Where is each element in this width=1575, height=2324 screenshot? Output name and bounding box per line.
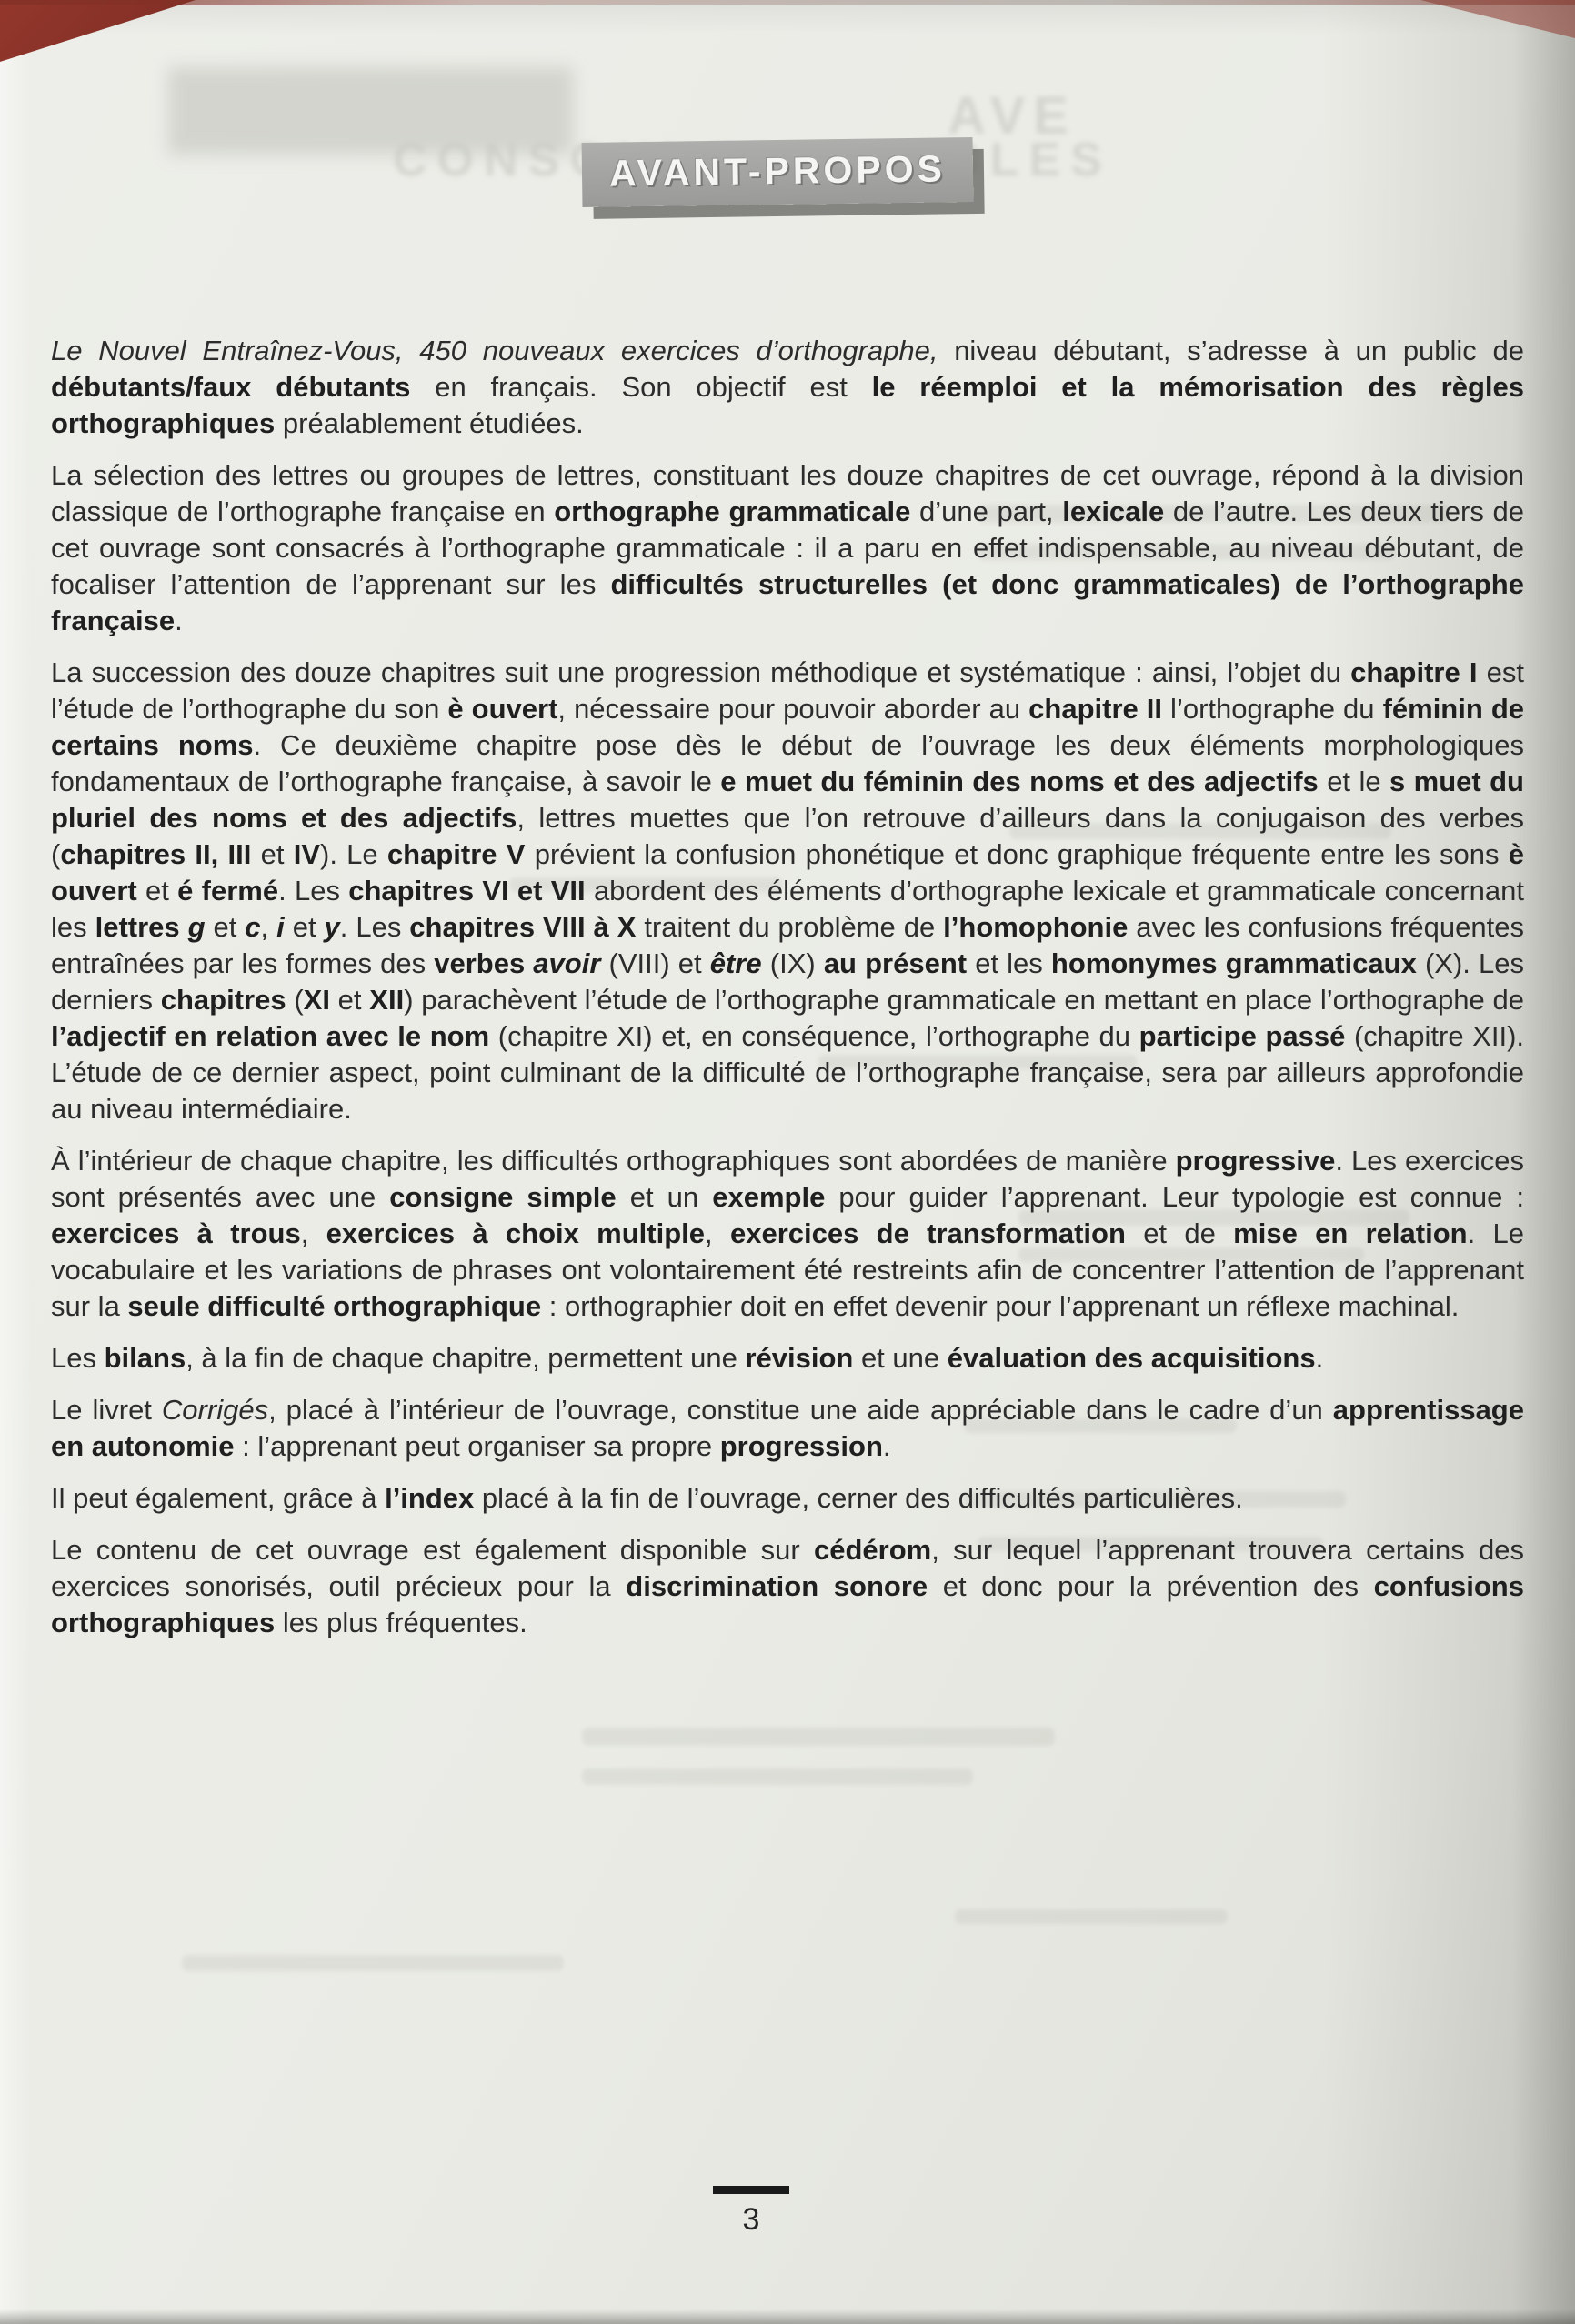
book-cover-corner [1420,0,1575,38]
scanned-book-page: AVE CONSONNES DOUBLES AVANT-PROPOS Le No… [0,0,1575,2324]
body-text: Le Nouvel Entraînez-Vous, 450 nouveaux e… [51,333,1524,1657]
page-title: AVANT-PROPOS [609,147,947,194]
paragraph: Il peut également, grâce à l’index placé… [51,1480,1524,1517]
paragraph: Les bilans, à la fin de chaque chapitre,… [51,1340,1524,1377]
paragraph: Le contenu de cet ouvrage est également … [51,1532,1524,1641]
book-cover-corner [0,0,196,62]
paragraph: La succession des douze chapitres suit u… [51,655,1524,1127]
paragraph: La sélection des lettres ou groupes de l… [51,457,1524,639]
page-edge-shadow [0,2309,1575,2324]
paragraph: Le livret Corrigés, placé à l’intérieur … [51,1392,1524,1465]
paragraph: À l’intérieur de chaque chapitre, les di… [51,1143,1524,1325]
bleed-through-artifact [955,1909,1228,1924]
page-footer: 3 [678,2186,824,2238]
paragraph: Le Nouvel Entraînez-Vous, 450 nouveaux e… [51,333,1524,442]
bleed-through-artifact [582,1768,973,1785]
bleed-through-artifact [182,1955,564,1971]
folio-rule [713,2186,789,2194]
page-number: 3 [678,2202,824,2238]
bleed-through-artifact [582,1728,1055,1746]
page-edge-shadow [0,0,1575,5]
avant-propos-badge: AVANT-PROPOS [582,137,974,207]
